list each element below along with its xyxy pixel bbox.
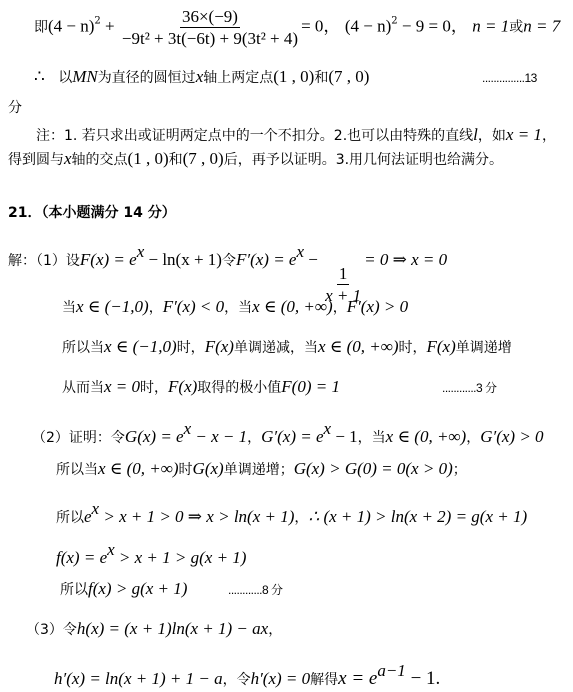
conclusion-line: ∴ 以MN为直径的圆恒过x轴上两定点(1 , 0)和(7 , 0) (34, 68, 369, 85)
part3-line: （3）令h(x) = (x + 1)ln(x + 1) − ax， (26, 620, 282, 637)
note-line-2: 得到圆与x轴的交点(1 , 0)和(7 , 0)后，再予以证明。3.用几何法证明… (8, 150, 503, 167)
score-unit: 分 (8, 101, 22, 115)
fraction: 36×(−9)−9t² + 3t(−6t) + 9(3t² + 4) (122, 8, 298, 47)
note-line-1: 注：1. 若只求出或证明两定点中的一个不扣分。2.也可以由特殊的直线l，如x =… (36, 126, 556, 143)
score-marker-3: ............3 分 (442, 382, 497, 394)
text: 即 (34, 20, 48, 36)
question-heading: 21．（本小题满分 14 分） (8, 206, 176, 220)
part1-line-b: 所以当x ∈ (−1,0)时，F(x)单调递减，当x ∈ (0, +∞)时，F(… (62, 338, 512, 355)
part2-line: （2）证明：令G(x) = ex − x − 1，G′(x) = ex − 1，… (32, 420, 544, 445)
part1-line-a: 当x ∈ (−1,0)，F′(x) < 0，当x ∈ (0, +∞)，F′(x)… (62, 298, 408, 315)
part1-line: 解：（1）设F(x) = ex − ln(x + 1)令F′(x) = ex −… (8, 243, 447, 304)
part1-line-c: 从而当x = 0时，F(x)取得的极小值F(0) = 1 (62, 378, 340, 395)
part3-line-a: h′(x) = ln(x + 1) + 1 − a，令h′(x) = 0解得x … (54, 662, 440, 688)
score-marker-13: ...............13 (482, 72, 537, 84)
part2-line-a: 所以当x ∈ (0, +∞)时G(x)单调递增；G(x) > G(0) = 0(… (56, 460, 467, 477)
equation-line-1: 即(4 − n)2 + 36×(−9)−9t² + 3t(−6t) + 9(3t… (34, 8, 560, 47)
part2-line-b: 所以ex > x + 1 > 0 ⇒ x > ln(x + 1)，∴ (x + … (56, 500, 527, 525)
therefore-symbol: ∴ (34, 67, 45, 86)
part2-line-c: f(x) = ex > x + 1 > g(x + 1) (56, 541, 246, 566)
score-marker-8: ............8 分 (228, 584, 283, 596)
part2-line-d: 所以f(x) > g(x + 1) (60, 580, 187, 597)
